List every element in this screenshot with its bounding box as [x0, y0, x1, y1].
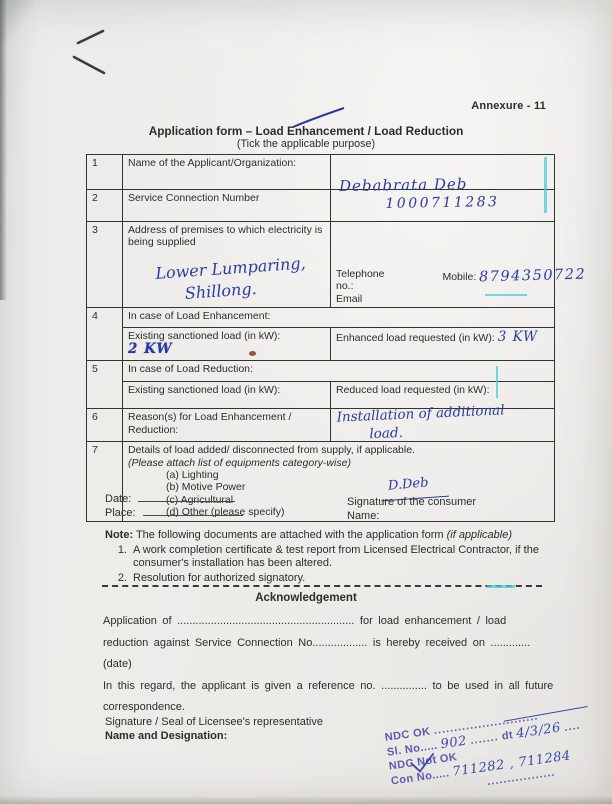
note-item1-text: A work completion certificate & test rep… [133, 544, 555, 571]
row3-number: 3 [87, 222, 123, 308]
existing-load-label: Existing sanctioned load (in kW): [128, 330, 280, 342]
row6-number: 6 [87, 409, 123, 442]
note-intro: Note: The following documents are attach… [105, 529, 555, 543]
row1-value-cell: Debabrata Deb [331, 155, 555, 190]
telephone-email-labels: Telephone no.: Email [331, 268, 384, 305]
row3-label-cell: Address of premises to which electricity… [123, 222, 331, 308]
row6-value-cell: Installation of additional load. [331, 409, 555, 442]
consumer-signature-block: Signature of the consumer Name: [347, 495, 476, 523]
row5-header: In case of Load Reduction: [123, 361, 555, 382]
table-row-4-header: 4 In case of Load Enhancement: [87, 308, 555, 328]
scan-artifact [544, 157, 547, 213]
staple-icon [66, 26, 116, 81]
note-block: Note: The following documents are attach… [105, 529, 555, 585]
row4-enhanced-cell: Enhanced load requested (in kW): 3 KW [331, 328, 555, 361]
table-row-5-header: 5 In case of Load Reduction: [87, 361, 555, 382]
date-blank-line [138, 492, 235, 502]
enhanced-load-label: Enhanced load requested (in kW): [336, 332, 495, 344]
ack-line3: (date) [103, 654, 543, 676]
application-table: 1 Name of the Applicant/Organization: De… [86, 154, 555, 522]
acknowledgement-heading: Acknowledgement [0, 592, 612, 604]
handwritten-mobile-number: 8794350722 [479, 266, 587, 286]
row2-label: Service Connection Number [123, 190, 331, 222]
sl-dots: ....... [469, 731, 499, 747]
scanned-form-page: Annexure - 11 Application form – Load En… [0, 0, 612, 804]
note-item-1: 1. A work completion certificate & test … [105, 544, 555, 571]
pen-tick-icon [290, 104, 350, 132]
handwritten-existing-load: 2 KW [128, 341, 173, 357]
row5-existing-cell: Existing sanctioned load (in kW): [123, 382, 331, 409]
reason-line2: load. [369, 420, 506, 443]
note-if-applicable: (if applicable) [447, 529, 512, 541]
annexure-label: Annexure - 11 [471, 100, 546, 112]
handwritten-address: Lower Lumparing, Shillong. [155, 251, 327, 306]
handwritten-enhanced-load: 3 KW [498, 329, 538, 345]
table-row-4-sub: Existing sanctioned load (in kW): 2 KW E… [87, 328, 555, 361]
ack-line1: Application of .........................… [103, 611, 543, 633]
telephone-label: Telephone no.: [336, 268, 384, 293]
row4-header: In case of Load Enhancement: [123, 308, 555, 328]
row2-value-cell: 1000711283 [331, 190, 555, 222]
date-row: Date: [105, 492, 243, 506]
mobile-label: Mobile: [442, 271, 476, 283]
row4-existing-cell: Existing sanctioned load (in kW): 2 KW [123, 328, 331, 361]
row7-note: (Please attach list of equipments catego… [128, 457, 549, 469]
handwritten-service-number: 1000711283 [336, 193, 549, 213]
name-designation-label: Name and Designation: [105, 730, 323, 744]
dt-dots: .... [563, 719, 581, 733]
dashed-separator [102, 585, 542, 587]
ack-line4: In this regard, the applicant is given a… [103, 676, 543, 698]
licensee-signature-block: Signature / Seal of Licensee's represent… [105, 716, 323, 743]
row2-number: 2 [87, 190, 123, 222]
row5-number: 5 [87, 361, 123, 409]
note-item2-text: Resolution for authorized signatory. [133, 572, 555, 586]
table-row-1: 1 Name of the Applicant/Organization: De… [87, 155, 555, 190]
consumer-name-label: Name: [347, 509, 476, 523]
date-label: Date: [105, 493, 131, 505]
scan-artifact [485, 294, 527, 296]
form-subtitle: (Tick the applicable purpose) [0, 138, 612, 150]
handwritten-reason: Installation of additional load. [336, 403, 505, 445]
scan-artifact [487, 585, 515, 588]
option-lighting: (a) Lighting [128, 469, 549, 481]
scan-artifact [496, 366, 498, 398]
row3-label: Address of premises to which electricity… [128, 224, 322, 248]
place-label: Place: [105, 507, 136, 519]
row1-label: Name of the Applicant/Organization: [123, 155, 331, 190]
handwritten-sl-number: 902 [440, 733, 468, 752]
row7-label: Details of load added/ disconnected from… [128, 444, 549, 456]
note-text: The following documents are attached wit… [133, 529, 446, 541]
place-row: Place: [105, 506, 243, 520]
scan-bottom-shadow [0, 796, 612, 804]
note-item1-number: 1. [105, 544, 133, 571]
licensee-representative-label: Signature / Seal of Licensee's represent… [105, 716, 323, 730]
table-row-6: 6 Reason(s) for Load Enhancement / Reduc… [87, 409, 555, 442]
email-label: Email [336, 293, 384, 305]
dt-label: dt [501, 729, 514, 742]
scan-left-edge [0, 0, 7, 300]
row4-number: 4 [87, 308, 123, 361]
mobile-block: Mobile: 8794350722 [384, 268, 586, 285]
date-place-block: Date: Place: [105, 492, 243, 520]
acknowledgement-paragraph: Application of .........................… [103, 611, 543, 719]
note-item2-number: 2. [105, 572, 133, 586]
table-row-2: 2 Service Connection Number 1000711283 [87, 190, 555, 222]
ink-stain [249, 351, 256, 356]
row1-number: 1 [87, 155, 123, 190]
ack-line2: reduction against Service Connection No.… [103, 633, 543, 655]
note-label: Note: [105, 529, 133, 541]
stamp-pen-check-icon [408, 751, 441, 777]
contact-row: Telephone no.: Email Mobile: 8794350722 [331, 268, 554, 305]
note-item-2: 2. Resolution for authorized signatory. [105, 572, 555, 586]
row6-label: Reason(s) for Load Enhancement / Reducti… [123, 409, 331, 442]
place-blank-line [143, 506, 243, 516]
signature-of-consumer-label: Signature of the consumer [347, 495, 476, 509]
